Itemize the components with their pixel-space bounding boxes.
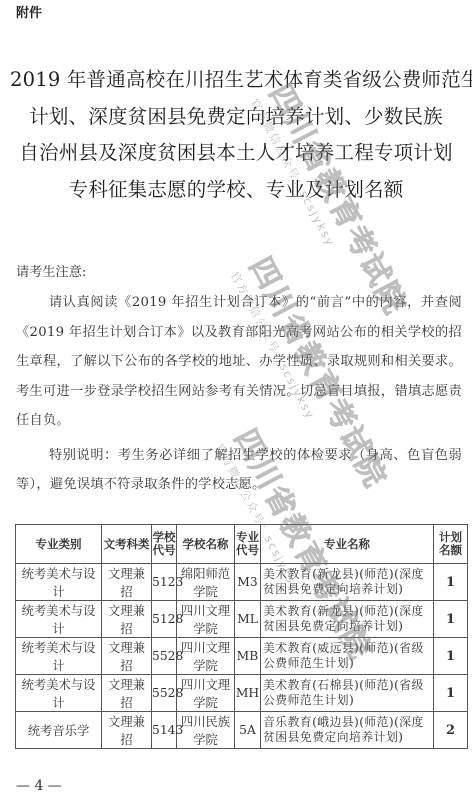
cell-subject-type: 文理兼招	[102, 675, 152, 712]
cell-quota: 1	[434, 564, 468, 601]
title-line-4: 专科征集志愿的学校、专业及计划名额	[10, 172, 462, 209]
cell-quota: 1	[434, 675, 468, 712]
cell-major-code: M3	[235, 564, 261, 601]
page-number: — 4 —	[16, 778, 62, 794]
title-line-3: 自治州县及深度贫困县本土人才培养工程专项计划	[10, 135, 462, 172]
cell-school-code: 5128	[152, 601, 177, 638]
cell-quota: 2	[434, 712, 468, 749]
title-line-2: 计划、深度贫困县免费定向培养计划、少数民族	[10, 99, 462, 136]
cell-major-code: 5A	[235, 712, 261, 749]
cell-school-name: 四川文理学院	[177, 675, 235, 712]
cell-category: 统考美术与设计	[16, 601, 102, 638]
header-school-name: 学校名称	[177, 525, 235, 564]
cell-category: 统考美术与设计	[16, 638, 102, 675]
header-subject-type: 文考科类	[102, 525, 152, 564]
notice-section: 请考生注意: 请认真阅读《2019 年招生计划合订本》的“前言”中的内容，并查阅…	[16, 260, 462, 500]
cell-subject-type: 文理兼招	[102, 564, 152, 601]
cell-category: 统考音乐学	[16, 712, 102, 749]
header-major-name: 专业名称	[261, 525, 434, 564]
header-major-code: 专业代号	[235, 525, 261, 564]
cell-major-name: 音乐教育(峨边县)(师范)(深度贫困县免费定向培养计划)	[261, 712, 434, 749]
cell-school-name: 四川文理学院	[177, 601, 235, 638]
cell-quota: 1	[434, 638, 468, 675]
cell-major-name: 美术教育(威远县)(师范)(省级公费师范生计划)	[261, 638, 434, 675]
cell-major-code: MH	[235, 675, 261, 712]
cell-subject-type: 文理兼招	[102, 712, 152, 749]
table-row: 统考美术与设计 文理兼招 5528 四川文理学院 MH 美术教育(石棉县)(师范…	[16, 675, 468, 712]
document-title: 2019 年普通高校在川招生艺术体育类省级公费师范生 计划、深度贫困县免费定向培…	[10, 62, 462, 208]
title-line-1: 2019 年普通高校在川招生艺术体育类省级公费师范生	[10, 62, 462, 99]
cell-quota: 1	[434, 601, 468, 638]
cell-school-code: 5528	[152, 638, 177, 675]
cell-school-name: 四川民族学院	[177, 712, 235, 749]
cell-school-code: 5123	[152, 564, 177, 601]
header-quota: 计划名额	[434, 525, 468, 564]
cell-school-name: 绵阳师范学院	[177, 564, 235, 601]
attachment-label: 附件	[16, 2, 42, 21]
cell-major-code: MB	[235, 638, 261, 675]
cell-subject-type: 文理兼招	[102, 638, 152, 675]
cell-subject-type: 文理兼招	[102, 601, 152, 638]
cell-school-name: 四川文理学院	[177, 638, 235, 675]
table-row: 统考美术与设计 文理兼招 5528 四川文理学院 MB 美术教育(威远县)(师范…	[16, 638, 468, 675]
cell-major-name: 美术教育(新龙县)(师范)(深度贫困县免费定向培养计划)	[261, 564, 434, 601]
cell-major-name: 美术教育(石棉县)(师范)(省级公费师范生计划)	[261, 675, 434, 712]
table-row: 统考音乐学 文理兼招 5143 四川民族学院 5A 音乐教育(峨边县)(师范)(…	[16, 712, 468, 749]
cell-category: 统考美术与设计	[16, 564, 102, 601]
cell-school-code: 5143	[152, 712, 177, 749]
cell-major-name: 美术教育(新龙县)(师范)(深度贫困县免费定向培养计划)	[261, 601, 434, 638]
header-category: 专业类别	[16, 525, 102, 564]
enrollment-plan-table: 专业类别 文考科类 学校代号 学校名称 专业代号 专业名称 计划名额 统考美术与…	[15, 524, 468, 749]
table-row: 统考美术与设计 文理兼招 5128 四川文理学院 ML 美术教育(新龙县)(师范…	[16, 601, 468, 638]
cell-category: 统考美术与设计	[16, 675, 102, 712]
cell-school-code: 5528	[152, 675, 177, 712]
notice-heading: 请考生注意:	[16, 260, 462, 286]
notice-paragraph-1: 请认真阅读《2019 年招生计划合订本》的“前言”中的内容，并查阅《2019 年…	[16, 288, 462, 436]
header-school-code: 学校代号	[152, 525, 177, 564]
table-row: 统考美术与设计 文理兼招 5123 绵阳师范学院 M3 美术教育(新龙县)(师范…	[16, 564, 468, 601]
cell-major-code: ML	[235, 601, 261, 638]
notice-paragraph-2: 特别说明：考生务必详细了解招生学校的体检要求（身高、色盲色弱等），避免误填不符录…	[16, 441, 462, 500]
table-header-row: 专业类别 文考科类 学校代号 学校名称 专业代号 专业名称 计划名额	[16, 525, 468, 564]
